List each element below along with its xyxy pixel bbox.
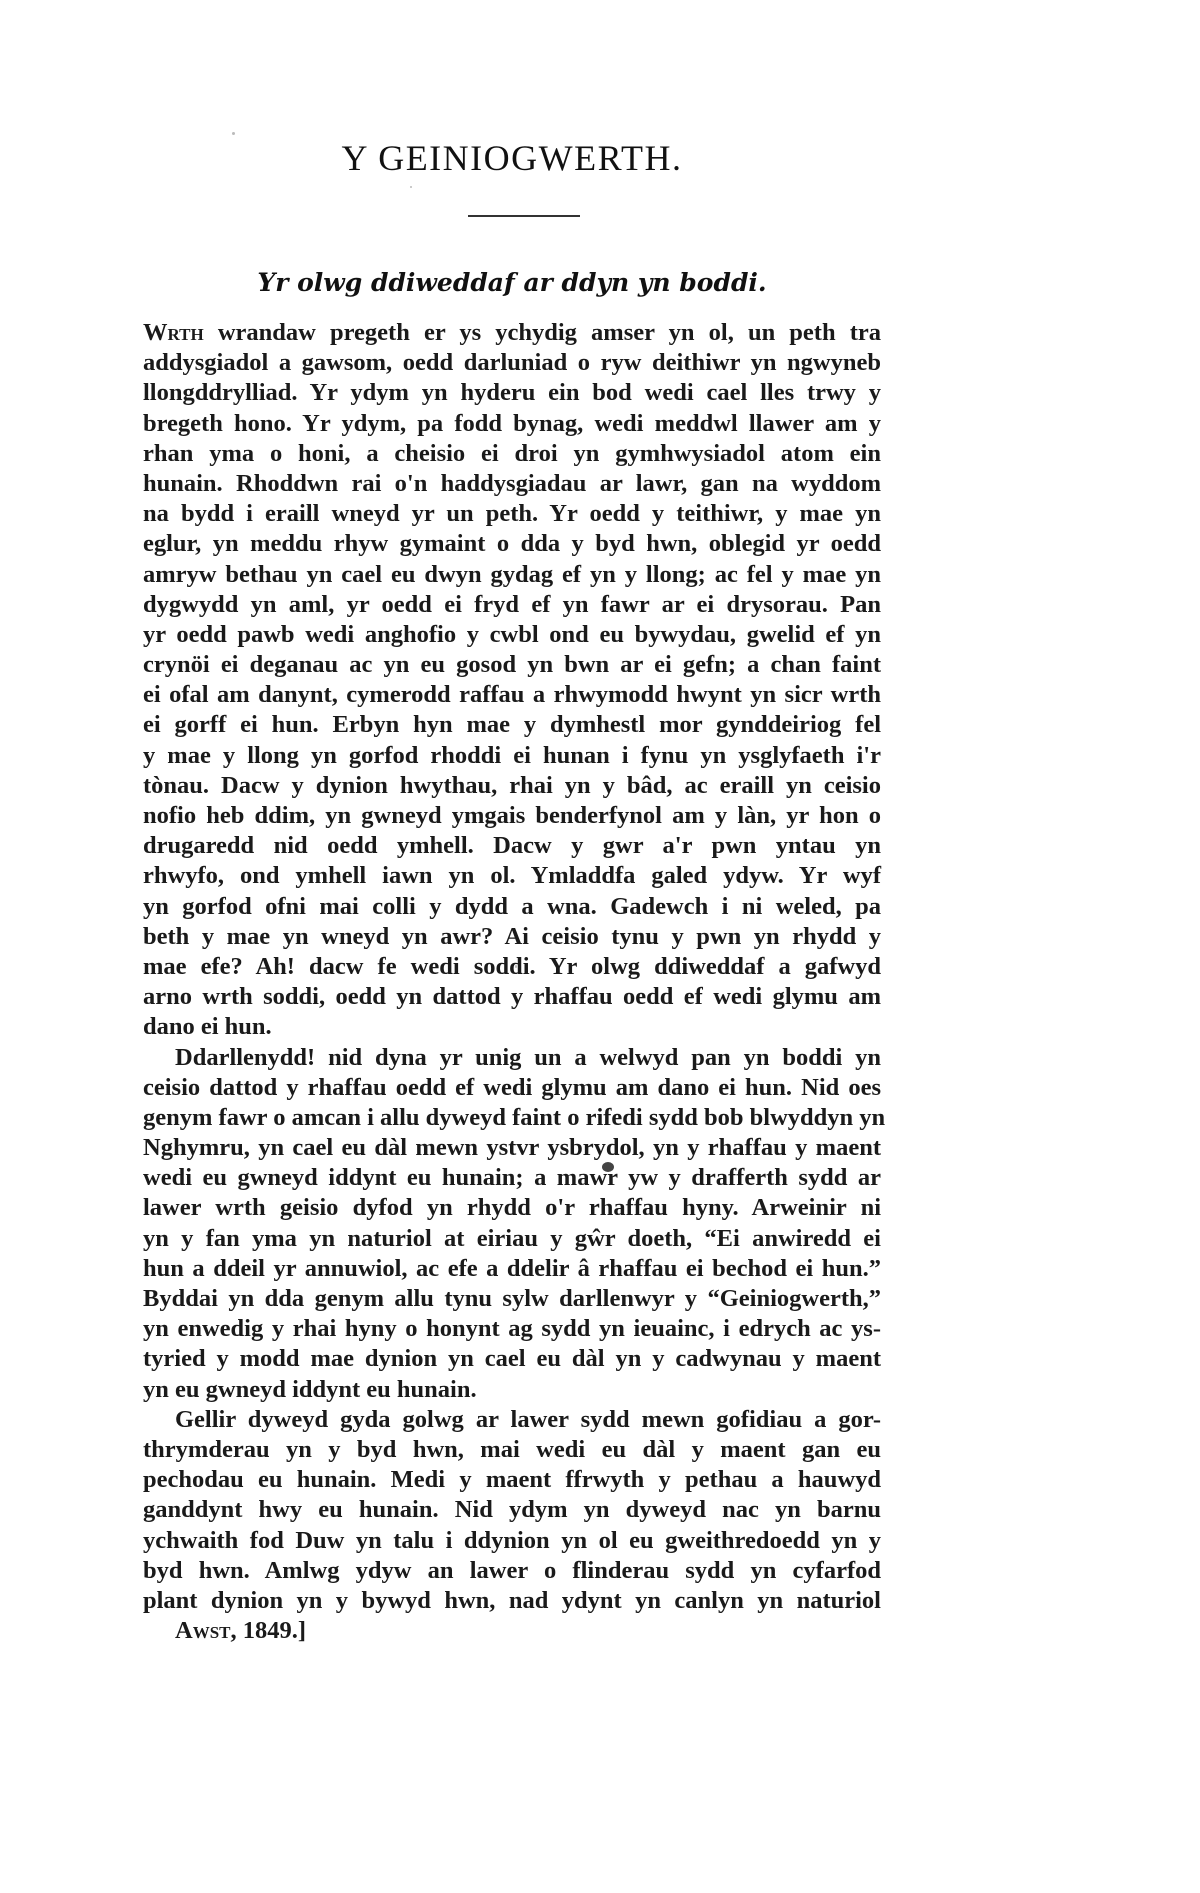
text-line: y mae y llong yn gorfod rhoddi ei hunan …: [143, 741, 881, 771]
page-title: Y GEINIOGWERTH.: [143, 137, 881, 179]
text-line: thrymderau yn y byd hwn, mai wedi eu dàl…: [143, 1435, 881, 1465]
text-line: hun a ddeil yr annuwiol, ac efe a ddelir…: [143, 1254, 881, 1284]
text-line: beth y mae yn wneyd yn awr? Ai ceisio ty…: [143, 922, 881, 952]
text-line: mae efe? Ah! dacw fe wedi soddi. Yr olwg…: [143, 952, 881, 982]
text-line: Byddai yn dda genym allu tynu sylw darll…: [143, 1284, 881, 1314]
title-divider: [468, 215, 580, 217]
text-line: pechodau eu hunain. Medi y maent ffrwyth…: [143, 1465, 881, 1495]
speck: [232, 132, 235, 135]
text-line: na bydd i eraill wneyd yr un peth. Yr oe…: [143, 499, 881, 529]
text-line: dygwydd yn aml, yr oedd ei fryd ef yn fa…: [143, 590, 881, 620]
text-line: byd hwn. Amlwg ydyw an lawer o flinderau…: [143, 1556, 881, 1586]
text-line: arno wrth soddi, oedd yn dattod y rhaffa…: [143, 982, 881, 1012]
paragraph-1: Wrth wrandaw pregeth er ys ychydig amser…: [143, 318, 881, 1043]
text-line: plant dynion yn y bywyd hwn, nad ydynt y…: [143, 1586, 881, 1616]
text-line: lawer wrth geisio dyfod yn rhydd o'r rha…: [143, 1193, 881, 1223]
drop-word: Wrth: [143, 319, 204, 346]
text-line: wedi eu gwneyd iddynt eu hunain; a mawr …: [143, 1163, 881, 1193]
text-line: Wrth wrandaw pregeth er ys ychydig amser…: [143, 318, 881, 348]
text-line: ei ofal am danynt, cymerodd raffau a rhw…: [143, 680, 881, 710]
text-line: llongddrylliad. Yr ydym yn hyderu ein bo…: [143, 378, 881, 408]
text-line: drugaredd nid oedd ymhell. Dacw y gwr a'…: [143, 831, 881, 861]
text-line: yn eu gwneyd iddynt eu hunain.: [143, 1375, 881, 1405]
paragraph-3: Gellir dyweyd gyda golwg ar lawer sydd m…: [143, 1405, 881, 1616]
text-line: yn y fan yma yn naturiol at eiriau y gŵr…: [143, 1224, 881, 1254]
text-line: nofio heb ddim, yn gwneyd ymgais benderf…: [143, 801, 881, 831]
text-line: rhwyfo, ond ymhell iawn yn ol. Ymladdfa …: [143, 861, 881, 891]
text-line: eglur, yn meddu rhyw gymaint o dda y byd…: [143, 529, 881, 559]
text-line: ceisio dattod y rhaffau oedd ef wedi gly…: [143, 1073, 881, 1103]
article-body: Wrth wrandaw pregeth er ys ychydig amser…: [143, 318, 881, 1646]
article-subtitle: Yr olwg ddiweddaf ar ddyn yn boddi.: [143, 268, 881, 297]
text-line: addysgiadol a gawsom, oedd darluniad o r…: [143, 348, 881, 378]
text-line: rhan yma o honi, a cheisio ei droi yn gy…: [143, 439, 881, 469]
text-line: Ddarllenydd! nid dyna yr unig un a welwy…: [143, 1043, 881, 1073]
text-line: bregeth hono. Yr ydym, pa fodd bynag, we…: [143, 409, 881, 439]
text-line: Nghymru, yn cael eu dàl mewn ystvr ysbry…: [143, 1133, 881, 1163]
ink-blot: [602, 1162, 614, 1172]
text-line: ychwaith fod Duw yn talu i ddynion yn ol…: [143, 1526, 881, 1556]
date-signoff: Awst, 1849.]: [143, 1616, 881, 1646]
paragraph-2: Ddarllenydd! nid dyna yr unig un a welwy…: [143, 1043, 881, 1405]
text-line: dano ei hun.: [143, 1012, 881, 1042]
speck: [515, 965, 517, 968]
text-line: yr oedd pawb wedi anghofio y cwbl ond eu…: [143, 620, 881, 650]
text-line: yn gorfod ofni mai colli y dydd a wna. G…: [143, 892, 881, 922]
text-line: amryw bethau yn cael eu dwyn gydag ef yn…: [143, 560, 881, 590]
text-line: genym fawr o amcan i allu dyweyd faint o…: [143, 1103, 881, 1133]
speck: [410, 186, 412, 188]
text-line: yn enwedig y rhai hyny o honynt ag sydd …: [143, 1314, 881, 1344]
text-line: Gellir dyweyd gyda golwg ar lawer sydd m…: [143, 1405, 881, 1435]
text-line: tònau. Dacw y dynion hwythau, rhai yn y …: [143, 771, 881, 801]
text-line: tyried y modd mae dynion yn cael eu dàl …: [143, 1344, 881, 1374]
text-line: hunain. Rhoddwn rai o'n haddysgiadau ar …: [143, 469, 881, 499]
text-line: ganddynt hwy eu hunain. Nid ydym yn dywe…: [143, 1495, 881, 1525]
text-line: ei gorff ei hun. Erbyn hyn mae y dymhest…: [143, 710, 881, 740]
text-line: crynöi ei deganau ac yn eu gosod yn bwn …: [143, 650, 881, 680]
